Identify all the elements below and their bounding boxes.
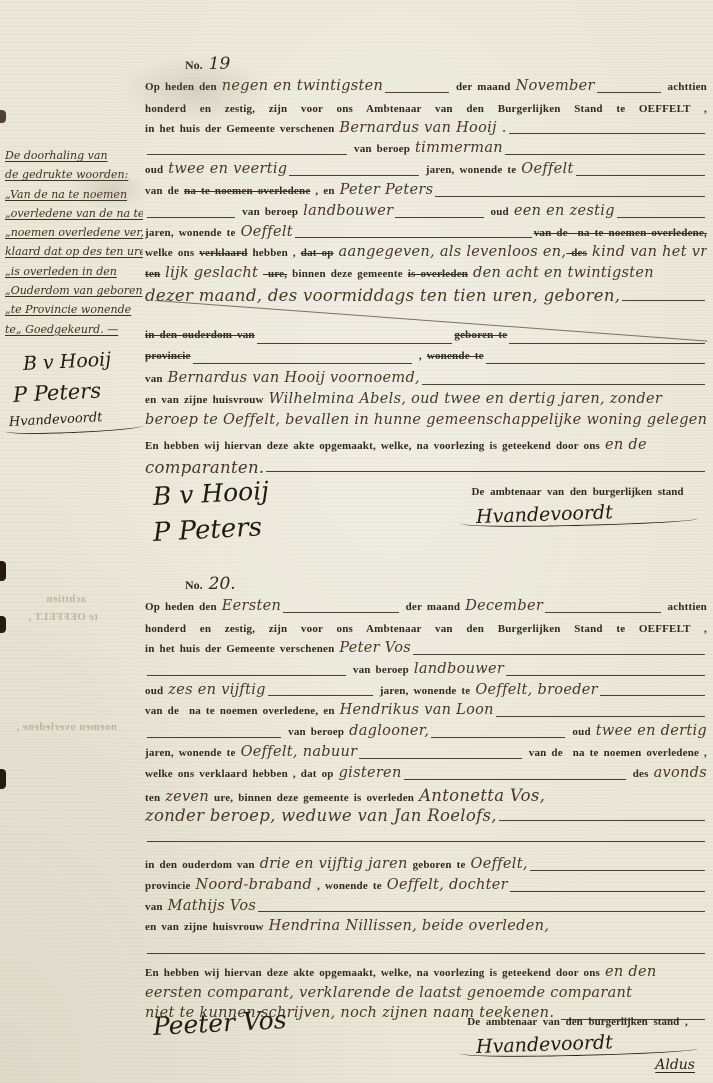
printed-text: jaren, wonende te (145, 747, 241, 759)
blank-line-rule (600, 695, 705, 696)
blank-line-rule (385, 92, 449, 93)
document-line: in den ouderdom vangeboren te (145, 329, 707, 350)
handwritten-text: Oeffelt, nabuur (241, 744, 358, 760)
blank-line-rule (147, 953, 705, 954)
blank-line-rule (268, 695, 373, 696)
printed-text: ten (145, 792, 165, 804)
handwritten-text: en den (605, 964, 657, 980)
footer-catchword: Aldus (655, 1057, 695, 1073)
document-line: zonder beroep, weduwe van Jan Roelofs, (145, 806, 707, 827)
document-line: van beroep landbouwer (145, 661, 707, 682)
printed-text: en van zijne huisvrouw (145, 394, 269, 406)
handwritten-text: en de (605, 437, 647, 453)
record-20-signature-block: Peeter Vos De ambtenaar van den burgerli… (145, 1010, 707, 1056)
printed-text: oud (486, 206, 514, 218)
printed-text: En hebben wij hiervan deze akte opgemaak… (145, 967, 605, 979)
printed-text: honderd en zestig, zijn voor ons Ambtena… (145, 623, 707, 635)
record-number-value: 20. (209, 574, 236, 594)
document-line: ten lijk geslacht ure, binnen deze gemee… (145, 265, 707, 286)
document-line: provincie , wonende te (145, 350, 707, 371)
blank-line-rule (622, 300, 705, 301)
blank-line-rule (431, 737, 565, 738)
blank-line-rule (404, 779, 626, 780)
handwritten-text: den acht en twintigsten (468, 265, 654, 281)
registrar-title: De ambtenaar van den burgerlijken stand (448, 486, 707, 498)
document-line: van de na te noemen overledene , en Pete… (145, 182, 707, 203)
binding-mark (0, 561, 6, 581)
document-line: jaren, wonende te Oeffelt, nabuur van de… (145, 744, 707, 765)
blank-line-rule (359, 758, 521, 759)
printed-text: welke ons (145, 247, 199, 259)
document-line: provincie Noord-braband , wonende te Oef… (145, 877, 707, 898)
record-number-label: No. (185, 578, 203, 593)
handwritten-text: Noord-braband (196, 877, 313, 893)
printed-text: van beroep (348, 664, 414, 676)
blank-line-rule (506, 675, 705, 676)
blank-line-rule (499, 820, 705, 821)
printed-text-struck: is overleden (408, 268, 468, 280)
printed-text: van de na te noemen overledene, en (145, 705, 340, 717)
document-line: in het huis der Gemeente verschenen Bern… (145, 120, 707, 141)
paper-smudge (120, 55, 270, 125)
record-20-paragraph-2: in den ouderdom van drie en vijftig jare… (145, 856, 707, 960)
handwritten-text: lijk geslacht (160, 265, 263, 281)
handwritten-text: Peter Peters (340, 182, 434, 198)
handwritten-text: Hendrikus van Loon (340, 702, 494, 718)
blank-line-rule (283, 612, 399, 613)
record-19-signature-block: B v Hooij P Peters De ambtenaar van den … (145, 480, 707, 550)
document-line: van beroep daglooner, oud twee en dertig (145, 723, 707, 744)
printed-text: des (628, 768, 654, 780)
handwritten-text: Oeffelt (241, 224, 293, 240)
document-line: van Mathijs Vos (145, 898, 707, 919)
paper-smudge (70, 170, 150, 210)
margin-approval-signature-2: P Peters (12, 376, 143, 407)
document-line: van beroep landbouwer oud een en zestig (145, 203, 707, 224)
printed-text: , (414, 350, 427, 362)
document-line: van Bernardus van Hooij voornoemd, (145, 370, 707, 391)
document-line: van de na te noemen overledene, en Hendr… (145, 702, 707, 723)
registrar-block: De ambtenaar van den burgerlijken stand … (448, 480, 707, 550)
comparant-signatures: B v Hooij P Peters (145, 480, 448, 550)
printed-text: binnen deze gemeente (287, 268, 408, 280)
document-line: van beroep timmerman (145, 140, 707, 161)
printed-text: welke ons verklaard hebben , dat op (145, 768, 339, 780)
document-line: En hebben wij hiervan deze akte opgemaak… (145, 437, 707, 458)
blank-line-rule (257, 343, 453, 344)
document-line: ten zeven ure, binnen deze gemeente is o… (145, 786, 707, 807)
handwritten-text: Bernardus van Hooij voornoemd, (168, 370, 420, 386)
printed-text: jaren, wonende te (421, 164, 522, 176)
printed-text: der maand (401, 601, 466, 613)
printed-text: en van zijne huisvrouw (145, 921, 269, 933)
record-20-paragraph-1: Op heden den Eersten der maand December … (145, 598, 707, 848)
handwritten-text: daglooner, (349, 723, 429, 739)
document-line: beroep te Oeffelt, bevallen in hunne gem… (145, 412, 707, 433)
margin-note-line: te„ Goedgekeurd. — (5, 320, 143, 339)
blank-line-rule (486, 363, 705, 364)
document-line: En hebben wij hiervan deze akte opgemaak… (145, 964, 707, 985)
blank-line-rule (617, 217, 705, 218)
document-line (145, 827, 707, 848)
margin-note-line: „noemen overledene ver, (5, 223, 143, 242)
blank-line-rule (147, 217, 235, 218)
act-body-column: No. 19 Op heden den negen en twintigsten… (145, 54, 707, 1056)
printed-text: ure, binnen deze gemeente is overleden (209, 792, 419, 804)
printed-text-struck: in den ouderdom van (145, 329, 255, 341)
printed-text: jaren, wonende te (145, 227, 241, 239)
handwritten-text: landbouwer (303, 203, 393, 219)
handwritten-text: Oeffelt, (471, 856, 528, 872)
document-line: en van zijne huisvrouw Hendrina Nillisse… (145, 918, 707, 939)
printed-text: in het huis der Gemeente verschenen (145, 643, 339, 655)
printed-text: in den ouderdom van (145, 859, 260, 871)
handwritten-text: timmerman (415, 140, 503, 156)
handwritten-text: zeven (165, 789, 209, 805)
document-line: honderd en zestig, zijn voor ons Ambtena… (145, 619, 707, 640)
bleedthrough-text: noemen overledene , (16, 722, 117, 733)
binding-mark (0, 110, 6, 123)
blank-line-rule (147, 675, 346, 676)
handwritten-text: beroep te Oeffelt, bevallen in hunne gem… (145, 412, 707, 428)
margin-note-line: „is overleden in den (5, 262, 143, 281)
blank-line-rule (413, 654, 705, 655)
blank-line-rule (289, 175, 418, 176)
printed-text: oud (567, 726, 595, 738)
binding-mark (0, 769, 6, 789)
margin-note-line: De doorhaling van (5, 146, 143, 165)
printed-text-struck: dat op (301, 247, 334, 259)
registrar-title: De ambtenaar van den burgerlijken stand … (448, 1016, 707, 1028)
record-19-paragraph-2: in den ouderdom vangeboren teprovincie ,… (145, 329, 707, 433)
handwritten-text: Mathijs Vos (168, 898, 256, 914)
blank-line-rule (295, 237, 532, 238)
printed-text: provincie (145, 880, 196, 892)
handwritten-text: twee en dertig (596, 723, 707, 739)
handwritten-text: aangegeven, als levenloos en, (334, 244, 567, 260)
printed-text: in het huis der Gemeente verschenen (145, 123, 339, 135)
handwritten-text: zonder beroep, weduwe van Jan Roelofs, (145, 806, 497, 825)
printed-text: achttien (663, 81, 707, 93)
handwritten-text: December (465, 598, 543, 614)
handwritten-text: gisteren (339, 765, 402, 781)
handwritten-text: November (516, 78, 595, 94)
printed-text: geboren te (408, 859, 471, 871)
handwritten-text: comparanten. (145, 458, 264, 477)
record-20: No. 20. Op heden den Eersten der maand D… (145, 574, 707, 1056)
blank-line-rule (509, 133, 705, 134)
printed-text: , wonende te (312, 880, 387, 892)
margin-note-line: „Ouderdom van geboren (5, 281, 143, 300)
printed-text-struck: na te noemen overledene (184, 185, 310, 197)
printed-text-struck: geboren te (454, 329, 507, 341)
printed-text: van beroep (349, 143, 415, 155)
record-19: No. 19 Op heden den negen en twintigsten… (145, 54, 707, 550)
printed-text: achttien (663, 601, 707, 613)
handwritten-text: Oeffelt (521, 161, 573, 177)
printed-text: oud (145, 685, 168, 697)
printed-text-struck: ten (145, 268, 160, 280)
blank-line-rule (395, 217, 483, 218)
printed-text: van beroep (283, 726, 349, 738)
printed-text: jaren, wonende te (375, 685, 476, 697)
document-line: dezer maand, des voormiddags ten tien ur… (145, 286, 707, 307)
printed-text: van (145, 373, 168, 385)
handwritten-text: Antonetta Vos, (419, 786, 545, 805)
bleedthrough-text: achttien (46, 594, 86, 605)
document-line: in den ouderdom van drie en vijftig jare… (145, 856, 707, 877)
handwritten-text: Peter Vos (339, 640, 411, 656)
blank-line-rule (422, 384, 705, 385)
margin-note-line: „te Provincie wonende (5, 300, 143, 319)
document-line: Op heden den Eersten der maand December … (145, 598, 707, 619)
comparant-signatures: Peeter Vos (145, 1010, 448, 1056)
handwritten-text: Oeffelt, dochter (387, 877, 508, 893)
record-20-header: No. 20. (145, 574, 707, 598)
document-line: welke ons verklaard hebben , dat op gist… (145, 765, 707, 786)
printed-text: , en (310, 185, 339, 197)
blank-line-rule (510, 891, 705, 892)
blank-line-rule (258, 911, 705, 912)
bleedthrough-text: te OEFFELT , (28, 612, 98, 623)
blank-line-rule (505, 154, 705, 155)
printed-text: van de na te noemen overledene , (524, 747, 707, 759)
handwritten-text: Hendrina Nillissen, beide overleden, (269, 918, 550, 934)
registrar-block: De ambtenaar van den burgerlijken stand … (448, 1010, 707, 1056)
document-line: en van zijne huisvrouw Wilhelmina Abels,… (145, 391, 707, 412)
blank-line-rule (193, 363, 412, 364)
blank-line-rule (147, 737, 281, 738)
handwritten-text: een en zestig (514, 203, 615, 219)
printed-text-struck: ure, (263, 268, 287, 280)
blank-line-rule (530, 870, 705, 871)
blank-line-rule (147, 154, 347, 155)
binding-mark (0, 616, 6, 633)
printed-text-struck: verklaard (199, 247, 247, 259)
printed-text: oud (145, 164, 168, 176)
document-line: welke ons verklaard hebben , dat op aang… (145, 244, 707, 265)
printed-text: hebben , (248, 247, 301, 259)
document-line: oud twee en veertig jaren, wonende te Oe… (145, 161, 707, 182)
margin-approval-signature-1: B v Hooij (22, 347, 143, 375)
document-line: in het huis der Gemeente verschenen Pete… (145, 640, 707, 661)
document-page-scan: De doorhaling vande gedrukte woorden:„Va… (0, 0, 713, 1083)
printed-text-struck: des (566, 247, 587, 259)
blank-line-rule (545, 612, 661, 613)
printed-text: Op heden den (145, 601, 222, 613)
handwritten-text: zes en vijftig (168, 682, 265, 698)
printed-text: van beroep (237, 206, 303, 218)
handwritten-text: kind van het vrouwe (587, 244, 707, 260)
handwritten-text: landbouwer (414, 661, 504, 677)
handwritten-text: avonds (654, 765, 707, 781)
blank-line-rule (496, 716, 705, 717)
margin-note-line: klaard dat op des ten ure (5, 242, 143, 261)
printed-text: van de (145, 185, 184, 197)
printed-text: der maand (451, 81, 516, 93)
handwritten-text: Oeffelt, broeder (475, 682, 598, 698)
handwritten-text: twee en veertig (168, 161, 287, 177)
handwritten-text: drie en vijftig jaren (260, 856, 408, 872)
document-line: oud zes en vijftig jaren, wonende te Oef… (145, 682, 707, 703)
printed-text: van (145, 901, 168, 913)
printed-text-struck: provincie (145, 350, 191, 362)
handwritten-text: Wilhelmina Abels, oud twee en dertig jar… (269, 391, 662, 407)
handwritten-text: dezer maand, des voormiddags ten tien ur… (145, 286, 620, 305)
blank-line-rule (147, 841, 705, 842)
blank-line-rule (597, 92, 661, 93)
blank-line-rule (435, 196, 705, 197)
printed-text-struck: van de na te noemen overledene, (534, 227, 707, 239)
printed-text: En hebben wij hiervan deze akte opgemaak… (145, 440, 605, 452)
document-line (145, 939, 707, 960)
document-line: jaren, wonende te Oeffeltvan de na te no… (145, 224, 707, 245)
blank-line-rule (576, 175, 705, 176)
printed-text-struck: wonende te (427, 350, 484, 362)
blank-line-rule (509, 343, 705, 344)
handwritten-text: Eersten (222, 598, 281, 614)
handwritten-text: Bernardus van Hooij . (339, 120, 506, 136)
